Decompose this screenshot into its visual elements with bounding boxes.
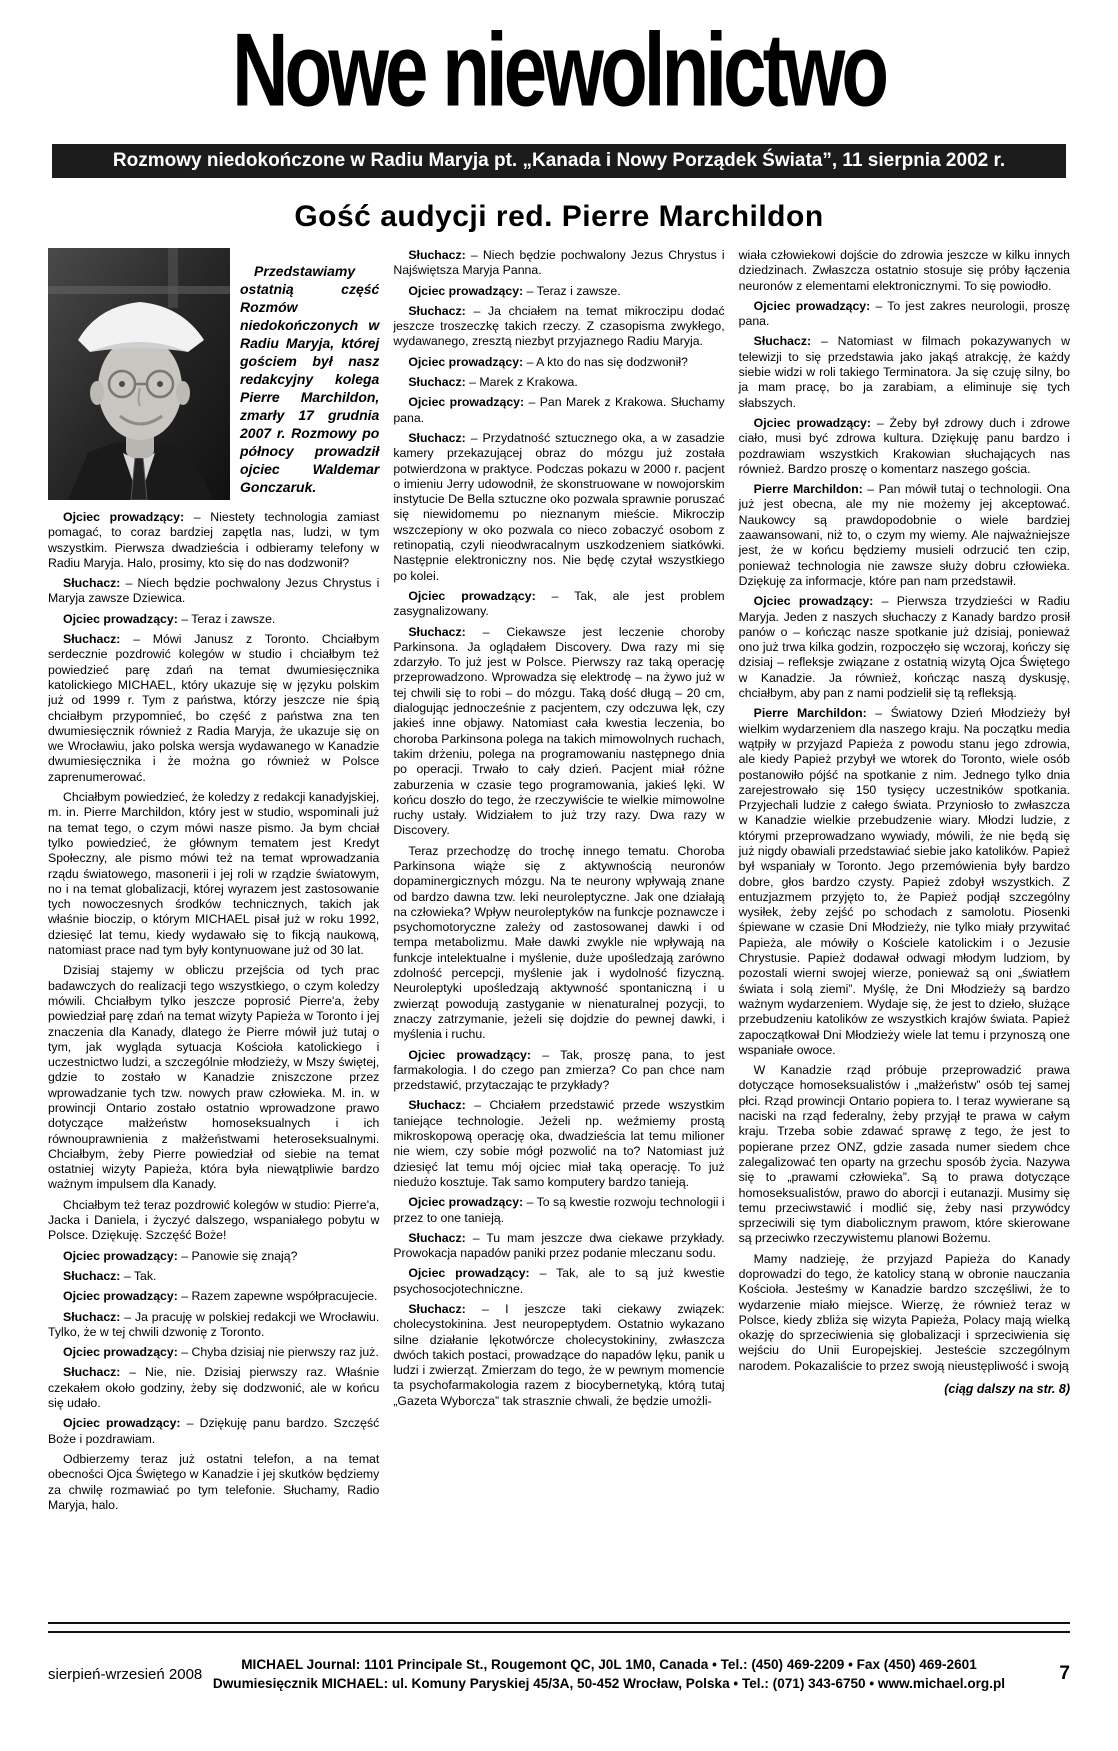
dialogue-paragraph: Słuchacz: – Nie, nie. Dzisiaj pierwszy r… bbox=[48, 1365, 379, 1411]
speaker-label: Ojciec prowadzący: bbox=[63, 1416, 187, 1430]
dialogue-paragraph: Słuchacz: – Ciekawsze jest leczenie chor… bbox=[393, 625, 724, 839]
speaker-label: Słuchacz: bbox=[754, 334, 821, 348]
portrait-illustration bbox=[48, 248, 230, 500]
dialogue-paragraph: Ojciec prowadzący: – Tak, ale to są już … bbox=[393, 1266, 724, 1297]
speaker-label: Ojciec prowadzący: bbox=[754, 299, 876, 313]
dialogue-paragraph: Słuchacz: – Ja pracuję w polskiej redakc… bbox=[48, 1310, 379, 1341]
article-title: Nowe niewolnictwo bbox=[232, 18, 885, 122]
dialogue-paragraph: Słuchacz: – Marek z Krakowa. bbox=[393, 375, 724, 390]
speaker-label: Pierre Marchildon: bbox=[754, 482, 868, 496]
dialogue-paragraph: Słuchacz: – I jeszcze taki ciekawy związ… bbox=[393, 1302, 724, 1409]
dialogue-paragraph: Chciałbym też teraz pozdrowić kolegów w … bbox=[48, 1198, 379, 1244]
speaker-label: Słuchacz: bbox=[63, 632, 133, 646]
speaker-label: Ojciec prowadzący: bbox=[408, 1266, 539, 1280]
subtitle-bar: Rozmowy niedokończone w Radiu Maryja pt.… bbox=[52, 144, 1066, 178]
dialogue-paragraph: Ojciec prowadzący: – Panowie się znają? bbox=[48, 1249, 379, 1264]
speaker-label: Słuchacz: bbox=[63, 1365, 129, 1379]
dialogue-paragraph: Ojciec prowadzący: – Niestety technologi… bbox=[48, 510, 379, 571]
speaker-label: Ojciec prowadzący: bbox=[754, 416, 877, 430]
speaker-label: Słuchacz: bbox=[63, 1269, 124, 1283]
dialogue-paragraph: Słuchacz: – Natomiast w filmach pokazywa… bbox=[739, 334, 1070, 410]
dialogue-paragraph: Słuchacz: – Mówi Janusz z Toronto. Chcia… bbox=[48, 632, 379, 785]
speaker-label: Słuchacz: bbox=[408, 248, 471, 262]
dialogue-paragraph: Ojciec prowadzący: – Pan Marek z Krakowa… bbox=[393, 395, 724, 426]
speaker-label: Pierre Marchildon: bbox=[754, 706, 876, 720]
dialogue-paragraph: Ojciec prowadzący: – Tak, proszę pana, t… bbox=[393, 1048, 724, 1094]
dialogue-paragraph: W Kanadzie rząd próbuje przeprowadzić pr… bbox=[739, 1063, 1070, 1247]
article-columns: Przedstawiamy ostatnią część Rozmów nied… bbox=[48, 248, 1070, 1633]
speaker-label: Słuchacz: bbox=[63, 1310, 124, 1324]
speaker-label: Słuchacz: bbox=[408, 1098, 474, 1112]
dialogue-paragraph: Ojciec prowadzący: – Tak, ale jest probl… bbox=[393, 589, 724, 620]
dialogue-paragraph: Ojciec prowadzący: – Dziękuję panu bardz… bbox=[48, 1416, 379, 1447]
speaker-label: Słuchacz: bbox=[408, 375, 469, 389]
guest-heading: Gość audycji red. Pierre Marchildon bbox=[0, 200, 1118, 234]
column-2: Słuchacz: – Niech będzie pochwalony Jezu… bbox=[393, 248, 724, 1633]
speaker-label: Ojciec prowadzący: bbox=[63, 1249, 181, 1263]
dialogue-paragraph: Słuchacz: – Tak. bbox=[48, 1269, 379, 1284]
dialogue-paragraph: Ojciec prowadzący: – Chyba dzisiaj nie p… bbox=[48, 1345, 379, 1360]
intro-block: Przedstawiamy ostatnią część Rozmów nied… bbox=[48, 248, 379, 500]
dialogue-paragraph: Ojciec prowadzący: – Pierwsza trzydzieśc… bbox=[739, 594, 1070, 701]
masthead-wrap: Nowe niewolnictwo bbox=[0, 18, 1118, 130]
issue-date: sierpień-wrzesień 2008 bbox=[48, 1666, 208, 1683]
speaker-label: Słuchacz: bbox=[63, 576, 126, 590]
dialogue-paragraph: Słuchacz: – Chciałem przedstawić przede … bbox=[393, 1098, 724, 1190]
dialogue-paragraph: Ojciec prowadzący: – A kto do nas się do… bbox=[393, 355, 724, 370]
speaker-label: Ojciec prowadzący: bbox=[63, 1289, 181, 1303]
speaker-label: Ojciec prowadzący: bbox=[408, 1195, 526, 1209]
dialogue-paragraph: Słuchacz: – Niech będzie pochwalony Jezu… bbox=[393, 248, 724, 279]
column-1-paragraphs: Ojciec prowadzący: – Niestety technologi… bbox=[48, 510, 379, 1513]
dialogue-paragraph: Ojciec prowadzący: – Razem zapewne współ… bbox=[48, 1289, 379, 1304]
dialogue-paragraph: Teraz przechodzę do trochę innego tematu… bbox=[393, 844, 724, 1043]
footer-address: MICHAEL Journal: 1101 Principale St., Ro… bbox=[208, 1655, 1010, 1693]
dialogue-paragraph: Chciałbym powiedzieć, że koledzy z redak… bbox=[48, 790, 379, 958]
dialogue-paragraph: Słuchacz: – Niech będzie pochwalony Jezu… bbox=[48, 576, 379, 607]
column-3: wiała człowiekowi dojście do zdrowia jes… bbox=[739, 248, 1070, 1633]
speaker-label: Ojciec prowadzący: bbox=[408, 284, 526, 298]
speaker-label: Ojciec prowadzący: bbox=[754, 594, 882, 608]
footer-address-line2: Dwumiesięcznik MICHAEL: ul. Komuny Parys… bbox=[208, 1674, 1010, 1693]
speaker-label: Słuchacz: bbox=[408, 1231, 472, 1245]
dialogue-paragraph: Mamy nadzieję, że przyjazd Papieża do Ka… bbox=[739, 1252, 1070, 1374]
dialogue-paragraph: Pierre Marchildon: – Światowy Dzień Młod… bbox=[739, 706, 1070, 1058]
speaker-label: Ojciec prowadzący: bbox=[408, 355, 526, 369]
dialogue-paragraph: Ojciec prowadzący: – To jest zakres neur… bbox=[739, 299, 1070, 330]
speaker-label: Ojciec prowadzący: bbox=[63, 612, 181, 626]
speaker-label: Ojciec prowadzący: bbox=[63, 510, 194, 524]
speaker-label: Ojciec prowadzący: bbox=[408, 589, 551, 603]
dialogue-paragraph: Pierre Marchildon: – Pan mówił tutaj o t… bbox=[739, 482, 1070, 589]
speaker-label: Ojciec prowadzący: bbox=[408, 1048, 542, 1062]
dialogue-paragraph: Dzisiaj stajemy w obliczu przejścia od t… bbox=[48, 963, 379, 1192]
speaker-label: Słuchacz: bbox=[408, 625, 482, 639]
speaker-label: Słuchacz: bbox=[408, 1302, 482, 1316]
dialogue-paragraph: Ojciec prowadzący: – Żeby był zdrowy duc… bbox=[739, 416, 1070, 477]
dialogue-paragraph: Słuchacz: – Przydatność sztucznego oka, … bbox=[393, 431, 724, 584]
column-1: Przedstawiamy ostatnią część Rozmów nied… bbox=[48, 248, 379, 1633]
column-3-paragraphs: wiała człowiekowi dojście do zdrowia jes… bbox=[739, 248, 1070, 1374]
page-footer: sierpień-wrzesień 2008 MICHAEL Journal: … bbox=[48, 1655, 1070, 1693]
dialogue-paragraph: Słuchacz: – Ja chciałem na temat mikrocz… bbox=[393, 304, 724, 350]
dialogue-paragraph: Ojciec prowadzący: – Teraz i zawsze. bbox=[393, 284, 724, 299]
intro-text: Przedstawiamy ostatnią część Rozmów nied… bbox=[240, 262, 379, 500]
pierre-marchildon-photo bbox=[48, 248, 230, 500]
column-2-paragraphs: Słuchacz: – Niech będzie pochwalony Jezu… bbox=[393, 248, 724, 1409]
page-number: 7 bbox=[1010, 1663, 1070, 1685]
newspaper-page: Nowe niewolnictwo Rozmowy niedokończone … bbox=[0, 0, 1118, 1751]
speaker-label: Słuchacz: bbox=[408, 431, 470, 445]
speaker-label: Ojciec prowadzący: bbox=[408, 395, 528, 409]
speaker-label: Słuchacz: bbox=[408, 304, 473, 318]
footer-address-line1: MICHAEL Journal: 1101 Principale St., Ro… bbox=[208, 1655, 1010, 1674]
speaker-label: Ojciec prowadzący: bbox=[63, 1345, 181, 1359]
subtitle-text: Rozmowy niedokończone w Radiu Maryja pt.… bbox=[113, 150, 1005, 171]
dialogue-paragraph: Odbierzemy teraz już ostatni telefon, a … bbox=[48, 1452, 379, 1513]
dialogue-paragraph: Ojciec prowadzący: – Teraz i zawsze. bbox=[48, 612, 379, 627]
footer-rule bbox=[48, 1622, 1070, 1633]
continued-note: (ciąg dalszy na str. 8) bbox=[739, 1382, 1070, 1397]
dialogue-paragraph: Słuchacz: – Tu mam jeszcze dwa ciekawe p… bbox=[393, 1231, 724, 1262]
dialogue-paragraph: wiała człowiekowi dojście do zdrowia jes… bbox=[739, 248, 1070, 294]
dialogue-paragraph: Ojciec prowadzący: – To są kwestie rozwo… bbox=[393, 1195, 724, 1226]
